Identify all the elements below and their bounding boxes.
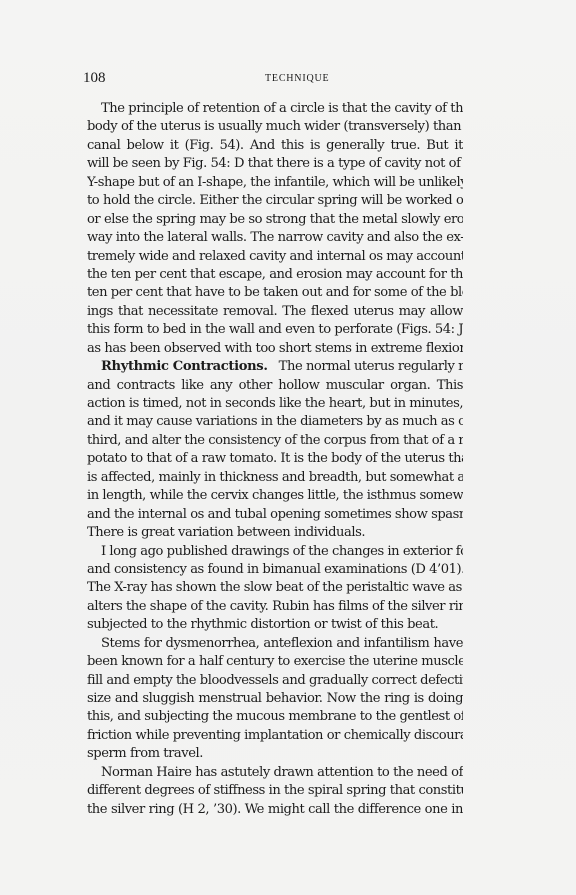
text-line: this form to bed in the wall and even to…: [87, 321, 463, 339]
text-line: or else the spring may be so strong that…: [87, 211, 463, 229]
text-line: Y-shape but of an I-shape, the infantile…: [87, 174, 463, 192]
page-number: 108: [83, 70, 106, 87]
heading-line-rest: The normal uterus regularly relaxes: [279, 359, 463, 374]
text-line: tremely wide and relaxed cavity and inte…: [87, 248, 463, 266]
text-line: different degrees of stiffness in the sp…: [87, 782, 463, 800]
text-line: potato to that of a raw tomato. It is th…: [87, 450, 463, 468]
text-line: this, and subjecting the mucous membrane…: [87, 708, 463, 726]
text-line: action is timed, not in seconds like the…: [87, 395, 463, 413]
text-line: There is great variation between individ…: [87, 524, 463, 542]
text-line: is affected, mainly in thickness and bre…: [87, 469, 463, 487]
text-line: to hold the circle. Either the circular …: [87, 192, 463, 210]
text-line: as has been observed with too short stem…: [87, 340, 463, 358]
text-line: Rhythmic Contractions. The normal uterus…: [87, 358, 463, 376]
text-line: friction while preventing implantation o…: [87, 727, 463, 745]
text-line: The principle of retention of a circle i…: [87, 100, 463, 118]
paragraph-stems: Stems for dysmenorrhea, anteflexion and …: [87, 635, 463, 764]
text-line: body of the uterus is usually much wider…: [87, 118, 463, 136]
text-line: The X-ray has shown the slow beat of the…: [87, 579, 463, 597]
paragraph-drawings: I long ago published drawings of the cha…: [87, 543, 463, 635]
body-text: The principle of retention of a circle i…: [87, 100, 463, 819]
text-line: and contracts like any other hollow musc…: [87, 377, 463, 395]
text-line: canal below it (Fig. 54). And this is ge…: [87, 137, 463, 155]
text-line: Stems for dysmenorrhea, anteflexion and …: [87, 635, 463, 653]
text-line: way into the lateral walls. The narrow c…: [87, 229, 463, 247]
paragraph-retention: The principle of retention of a circle i…: [87, 100, 463, 358]
book-page: 108 TECHNIQUE The principle of retention…: [0, 0, 576, 895]
page-header: 108 TECHNIQUE: [83, 70, 473, 90]
text-line: will be seen by Fig. 54: D that there is…: [87, 155, 463, 173]
text-line: alters the shape of the cavity. Rubin ha…: [87, 598, 463, 616]
paragraph-norman-haire: Norman Haire has astutely drawn attentio…: [87, 764, 463, 819]
text-line: third, and alter the consistency of the …: [87, 432, 463, 450]
text-line: been known for a half century to exercis…: [87, 653, 463, 671]
text-line: the ten per cent that escape, and erosio…: [87, 266, 463, 284]
text-line: in length, while the cervix changes litt…: [87, 487, 463, 505]
text-line: and consistency as found in bimanual exa…: [87, 561, 463, 579]
text-line: sperm from travel.: [87, 745, 463, 763]
text-line: size and sluggish menstrual behavior. No…: [87, 690, 463, 708]
text-line: fill and empty the bloodvessels and grad…: [87, 672, 463, 690]
text-line: subjected to the rhythmic distortion or …: [87, 616, 463, 634]
running-head: TECHNIQUE: [265, 73, 329, 84]
text-line: and it may cause variations in the diame…: [87, 413, 463, 431]
text-line: I long ago published drawings of the cha…: [87, 543, 463, 561]
text-line: and the internal os and tubal opening so…: [87, 506, 463, 524]
text-line: Norman Haire has astutely drawn attentio…: [87, 764, 463, 782]
section-heading: Rhythmic Contractions.: [101, 359, 268, 374]
text-line: ten per cent that have to be taken out a…: [87, 284, 463, 302]
text-line: the silver ring (H 2, ’30). We might cal…: [87, 801, 463, 819]
text-line: ings that necessitate removal. The flexe…: [87, 303, 463, 321]
paragraph-rhythmic-contractions: Rhythmic Contractions. The normal uterus…: [87, 358, 463, 542]
